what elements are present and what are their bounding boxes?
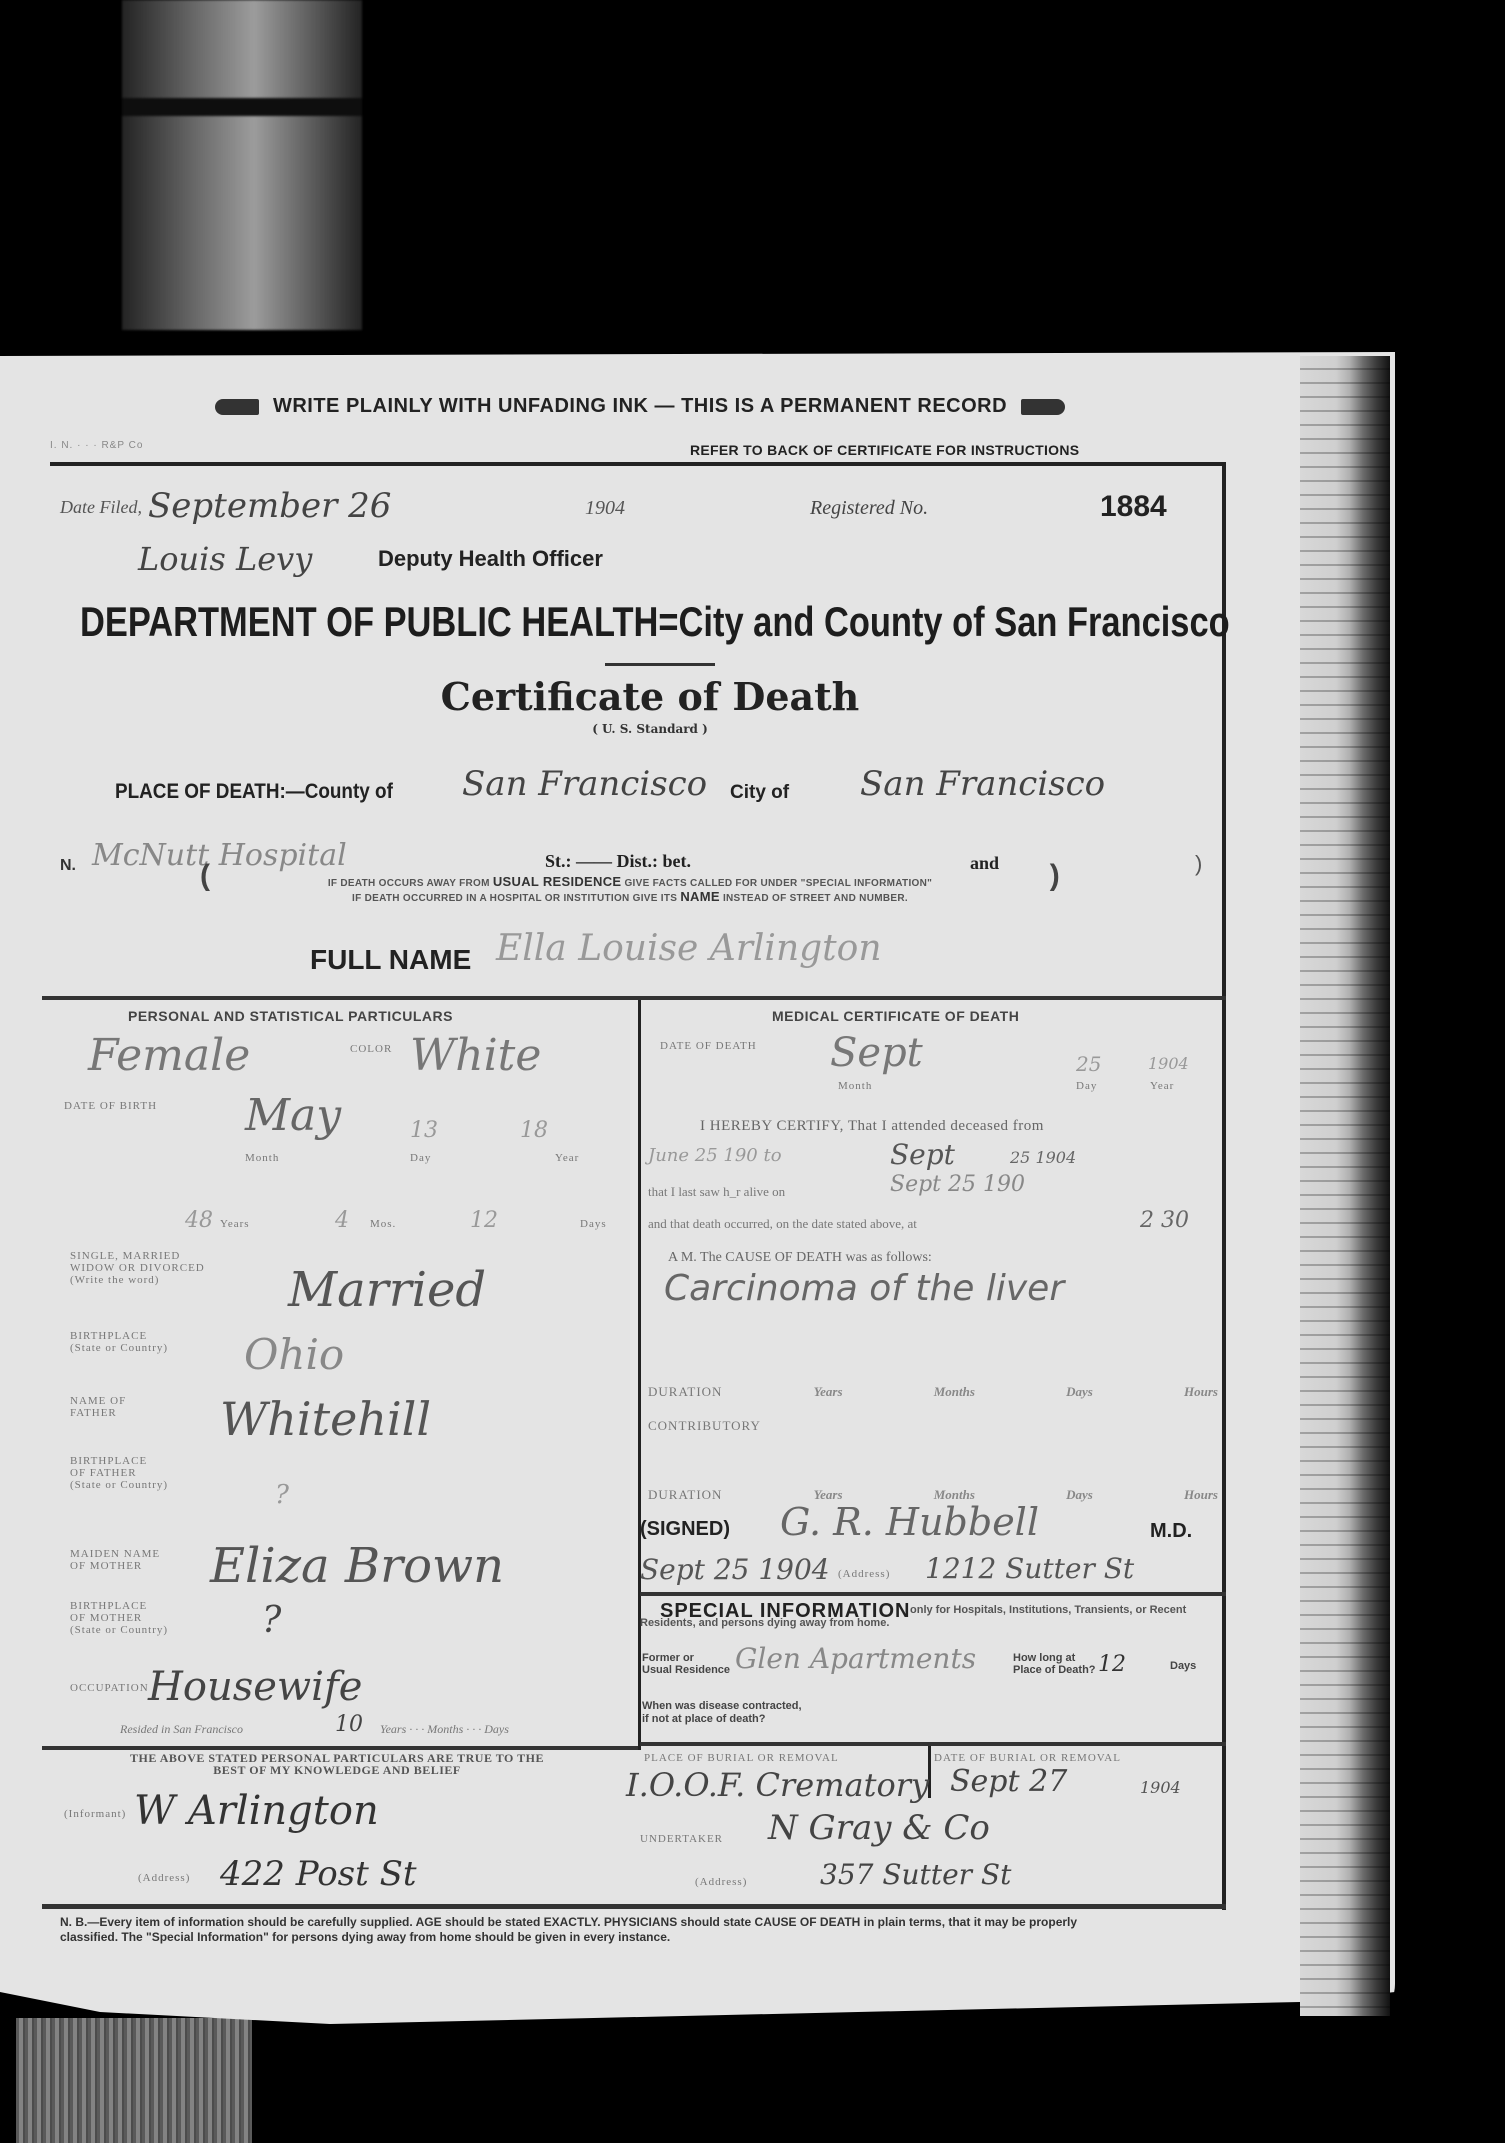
duration-row: DURATION Years Months Days Hours	[648, 1384, 1218, 1400]
dod-year-value: 1904	[1148, 1054, 1189, 1073]
registered-label: Registered No.	[810, 497, 928, 520]
dob-year-value: 18	[520, 1118, 548, 1143]
date-of-death-label: DATE OF DEATH	[660, 1040, 757, 1052]
duration-unit: Days	[1066, 1487, 1093, 1503]
age-days-value: 12	[470, 1208, 498, 1233]
registered-number: 1884	[1100, 490, 1167, 524]
former-residence-label: Former or Usual Residence	[642, 1652, 730, 1676]
birthplace-label: BIRTHPLACE (State or Country)	[70, 1330, 168, 1354]
footnote: N. B.—Every item of information should b…	[60, 1915, 1120, 1945]
physician-signature: G. R. Hubbell	[780, 1500, 1039, 1544]
md-label: M.D.	[1150, 1520, 1192, 1543]
father-birthplace-value: ?	[275, 1480, 289, 1510]
occupation-label: OCCUPATION	[70, 1682, 149, 1694]
mother-birthplace-value: ?	[262, 1600, 281, 1641]
duration-unit: Hours	[1184, 1487, 1218, 1503]
label-line: (Write the word)	[70, 1274, 205, 1286]
age-days-label: Days	[580, 1218, 607, 1230]
how-long-label: How long at Place of Death?	[1013, 1652, 1096, 1676]
father-birthplace-label: BIRTHPLACE OF FATHER (State or Country)	[70, 1455, 168, 1491]
dob-label: DATE OF BIRTH	[64, 1100, 157, 1112]
printer-mark: I. N. · · · R&P Co	[50, 440, 143, 451]
label-line: OF FATHER	[70, 1467, 168, 1479]
label-line: BIRTHPLACE	[70, 1330, 168, 1342]
label-line: OF MOTHER	[70, 1612, 168, 1624]
note-text: IF DEATH OCCURS AWAY FROM	[328, 878, 490, 889]
column-divider	[638, 1000, 641, 1750]
dob-month-value: May	[245, 1090, 341, 1141]
last-saw-value: Sept 25 190	[890, 1172, 1025, 1197]
label-line: OF MOTHER	[70, 1560, 160, 1572]
sex-value: Female	[88, 1030, 250, 1081]
dob-day-value: 13	[410, 1118, 438, 1143]
informant-heading: THE ABOVE STATED PERSONAL PARTICULARS AR…	[42, 1752, 632, 1776]
full-name-label: FULL NAME	[310, 944, 471, 976]
officer-signature: Louis Levy	[138, 540, 312, 578]
undertaker-value: N Gray & Co	[768, 1808, 990, 1848]
place-of-death-label: PLACE OF DEATH:—County of	[115, 780, 393, 804]
age-months-value: 4	[335, 1208, 349, 1233]
dod-year-label: Year	[1150, 1080, 1174, 1092]
note-text: IF DEATH OCCURRED IN A HOSPITAL OR INSTI…	[352, 893, 677, 904]
section-divider	[42, 996, 1226, 1000]
how-long-value: 12	[1098, 1652, 1126, 1677]
burial-year-value: 1904	[1140, 1778, 1181, 1797]
city-label: City of	[730, 782, 789, 804]
age-years-label: Years	[220, 1218, 250, 1230]
undertaker-address: 357 Sutter St	[820, 1858, 1011, 1891]
burial-place-value: I.O.O.F. Crematory	[626, 1766, 929, 1804]
father-name-label: NAME OF FATHER	[70, 1395, 126, 1419]
label-line: BIRTHPLACE	[70, 1600, 168, 1612]
title-rule	[605, 663, 715, 666]
signed-date: Sept 25 1904	[640, 1553, 830, 1586]
undertaker-label: UNDERTAKER	[640, 1833, 723, 1845]
pointing-hand-icon	[215, 399, 259, 415]
heading-line: BEST OF MY KNOWLEDGE AND BELIEF	[42, 1764, 632, 1776]
color-label: COLOR	[350, 1043, 392, 1055]
attended-to-value: Sept	[890, 1138, 955, 1171]
informant-label: (Informant)	[64, 1808, 126, 1820]
county-value: San Francisco	[462, 764, 707, 804]
duration-unit: Months	[934, 1384, 975, 1400]
burial-divider	[640, 1742, 1226, 1746]
certify-text: I HEREBY CERTIFY, That I attended deceas…	[700, 1118, 1044, 1135]
contracted-label: When was disease contracted, if not at p…	[642, 1700, 802, 1726]
label-line: NAME OF	[70, 1395, 126, 1407]
certificate-title: Certificate of Death	[400, 674, 900, 719]
medical-heading: MEDICAL CERTIFICATE OF DEATH	[772, 1008, 1019, 1024]
label-line: SINGLE, MARRIED	[70, 1250, 205, 1262]
attended-from-value: June 25 190 to	[648, 1145, 782, 1166]
duration-label: DURATION	[648, 1487, 722, 1503]
undertaker-address-label: (Address)	[695, 1876, 747, 1888]
certificate-subtitle: ( U. S. Standard )	[400, 722, 900, 736]
label-line: How long at	[1013, 1652, 1096, 1664]
department-title: DEPARTMENT OF PUBLIC HEALTH=City and Cou…	[80, 598, 998, 646]
dod-month-label: Month	[838, 1080, 872, 1092]
header-warning: WRITE PLAINLY WITH UNFADING INK — THIS I…	[90, 395, 1190, 418]
resided-label: Resided in San Francisco	[120, 1722, 243, 1737]
color-value: White	[410, 1030, 541, 1081]
dod-day-label: Day	[1076, 1080, 1097, 1092]
informant-divider	[42, 1746, 638, 1750]
resided-units: Years · · · Months · · · Days	[380, 1722, 509, 1737]
informant-name: W Arlington	[134, 1788, 379, 1834]
label-line: (State or Country)	[70, 1479, 168, 1491]
dob-month-label: Month	[245, 1152, 279, 1164]
label-line: Usual Residence	[642, 1664, 730, 1676]
burial-date-label: DATE OF BURIAL OR REMOVAL	[934, 1752, 1121, 1764]
residence-instruction-note: ( IF DEATH OCCURS AWAY FROM USUAL RESIDE…	[180, 875, 1080, 905]
warning-text: WRITE PLAINLY WITH UNFADING INK — THIS I…	[273, 395, 1007, 417]
mother-name-value: Eliza Brown	[210, 1538, 504, 1594]
signed-label: (SIGNED)	[640, 1518, 730, 1541]
note-text: INSTEAD OF STREET AND NUMBER.	[723, 893, 908, 904]
former-residence-value: Glen Apartments	[735, 1642, 976, 1675]
and-label: and	[970, 853, 999, 874]
age-years-value: 48	[185, 1208, 213, 1233]
full-name-value: Ella Louise Arlington	[496, 928, 882, 969]
dob-day-label: Day	[410, 1152, 431, 1164]
dod-day-value: 25	[1076, 1052, 1101, 1076]
days-label: Days	[1170, 1660, 1196, 1672]
informant-address: 422 Post St	[220, 1854, 417, 1894]
burial-date-value: Sept 27	[950, 1764, 1067, 1799]
duration-unit: Years	[814, 1384, 843, 1400]
personal-heading: PERSONAL AND STATISTICAL PARTICULARS	[128, 1008, 453, 1024]
duration-unit: Days	[1066, 1384, 1093, 1400]
attended-to-day: 25 1904	[1010, 1148, 1076, 1167]
occurred-text: and that death occurred, on the date sta…	[648, 1216, 917, 1232]
special-divider	[640, 1592, 1226, 1596]
label-line: BIRTHPLACE	[70, 1455, 168, 1467]
background-book-edge-bottom	[16, 2018, 252, 2143]
duration-label: DURATION	[648, 1384, 722, 1400]
label-line: FATHER	[70, 1407, 126, 1419]
birthplace-value: Ohio	[244, 1330, 344, 1379]
pointing-hand-icon	[1021, 399, 1065, 415]
label-line: Former or	[642, 1652, 730, 1664]
label-line: WIDOW OR DIVORCED	[70, 1262, 205, 1274]
label-line: MAIDEN NAME	[70, 1548, 160, 1560]
resided-years-value: 10	[335, 1712, 363, 1737]
ledger-page-edges	[1300, 356, 1390, 2016]
label-line: (State or Country)	[70, 1624, 168, 1636]
mother-birthplace-label: BIRTHPLACE OF MOTHER (State or Country)	[70, 1600, 168, 1636]
date-filed-label: Date Filed,	[60, 497, 142, 518]
city-value: San Francisco	[860, 764, 1105, 804]
bottom-divider	[42, 1904, 1226, 1909]
label-line: (State or Country)	[70, 1342, 168, 1354]
contributory-label: CONTRIBUTORY	[648, 1418, 761, 1434]
cause-of-death-value: Carcinoma of the liver	[664, 1268, 1064, 1309]
physician-address-label: (Address)	[838, 1568, 890, 1580]
informant-address-label: (Address)	[138, 1872, 190, 1884]
note-text: GIVE FACTS CALLED FOR UNDER "SPECIAL INF…	[624, 878, 932, 889]
marital-status-label: SINGLE, MARRIED WIDOW OR DIVORCED (Write…	[70, 1250, 205, 1286]
marital-status-value: Married	[288, 1262, 486, 1318]
time-of-death-value: 2 30	[1140, 1208, 1189, 1233]
paren-close: )	[1195, 851, 1202, 877]
label-line: Place of Death?	[1013, 1664, 1096, 1676]
burial-place-label: PLACE OF BURIAL OR REMOVAL	[644, 1752, 839, 1764]
refer-instructions: REFER TO BACK OF CERTIFICATE FOR INSTRUC…	[690, 442, 1079, 458]
father-name-value: Whitehill	[220, 1392, 431, 1446]
last-saw-text: that I last saw h_r alive on	[648, 1184, 785, 1200]
occupation-value: Housewife	[148, 1664, 362, 1710]
officer-title: Deputy Health Officer	[378, 546, 603, 572]
duration-unit: Hours	[1184, 1384, 1218, 1400]
note-emphasis: NAME	[680, 889, 719, 904]
hospital-value: McNutt Hospital	[92, 838, 347, 873]
number-label: N.	[60, 857, 76, 875]
background-book-edge-top	[122, 0, 362, 330]
dob-year-label: Year	[555, 1152, 579, 1164]
physician-address: 1212 Sutter St	[925, 1552, 1134, 1585]
age-months-label: Mos.	[370, 1218, 396, 1230]
cause-text: A M. The CAUSE OF DEATH was as follows:	[668, 1250, 932, 1266]
special-info-note: only for Hospitals, Institutions, Transi…	[640, 1604, 1225, 1630]
label-line: When was disease contracted,	[642, 1700, 802, 1713]
street-district-label: St.: —— Dist.: bet.	[545, 851, 691, 872]
mother-name-label: MAIDEN NAME OF MOTHER	[70, 1548, 160, 1572]
date-filed-value: September 26	[148, 486, 391, 526]
label-line: if not at place of death?	[642, 1713, 802, 1726]
filed-year: 1904	[585, 497, 625, 520]
dod-month-value: Sept	[830, 1030, 923, 1076]
note-emphasis: USUAL RESIDENCE	[493, 874, 622, 889]
